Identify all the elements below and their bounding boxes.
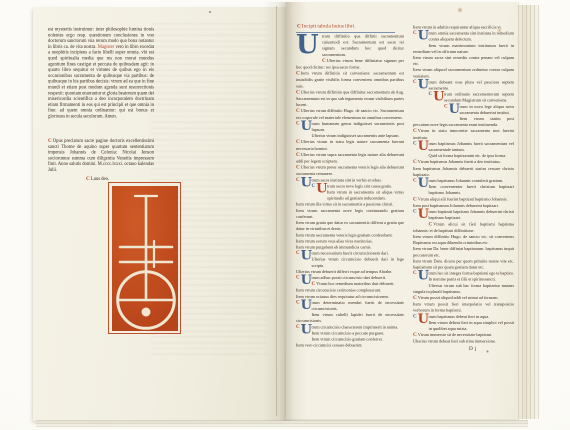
tabula-entry: Ulterius vtrum sub hac forma baptizetur …: [413, 282, 514, 294]
colophon-paragraph: COpus preclarum sacre pagine doctoris ex…: [48, 138, 154, 173]
lombard-initial: U: [418, 28, 429, 43]
entry-initial-block: CU: [296, 177, 311, 190]
entry-text: Item vtrum debeat fieri in aqua simplici…: [429, 320, 515, 331]
tabula-entry: Item vtrum statim post peccatum nove leg…: [413, 116, 514, 128]
entry-text: Item vtrum circumcisio cerimonias comple…: [296, 288, 381, 293]
lombard-initial: U: [418, 138, 429, 153]
entry-initial-block: CU: [413, 79, 428, 92]
entry-text: Item vtrum diffinitio sit conveniens: sa…: [296, 71, 404, 89]
tabula-entry: CUlterius vtrum supra sacramenta legis n…: [296, 151, 404, 164]
lombard-initial: U: [301, 297, 312, 312]
tabula-entry: Item baptismus Johannis debuerit statim …: [413, 165, 514, 177]
fore-edge-page-stack: [518, 5, 541, 419]
tabula-entry: CUlterius vtrum in statu legis nature sa…: [296, 139, 404, 152]
left-page: est mysteriis instruimur: inter philosop…: [33, 7, 286, 421]
heading-text: Incipit tabula huius libri.: [302, 23, 356, 29]
entry-initial-block: CU: [413, 313, 428, 326]
tabula-entry: CUtrum ordinatio sacramentorum septem se…: [413, 91, 514, 103]
entry-text: Item vtrum octauus dies requiratur ad ci…: [296, 294, 389, 299]
tabula-entry: Item vtrum gratia que datur ex sacrament…: [296, 220, 404, 232]
entry-text: trum baptizati baptismo Johannis debueri…: [429, 209, 515, 220]
tabula-entry: Item vtrum sacramenta nove legis continu…: [296, 207, 404, 219]
tabula-entry: Ulterius vtrum debeat fieri sub trina im…: [413, 338, 514, 344]
entry-text: trum determinatio membri fuerit de neces…: [312, 300, 405, 311]
entry-initial-block: CU: [413, 140, 428, 153]
entry-text: Item vtrum cultelli lapidei fuerit de ne…: [296, 312, 404, 323]
entry-text: Item vtrum in sacramentis sit aliqua vir…: [327, 190, 404, 201]
tabula-entry: Item vtrum cultelli lapidei fuerit de ne…: [296, 312, 404, 324]
entry-text: Item vtrum possit fieri interpolatio vel…: [413, 302, 514, 313]
entry-text: Item baptismus Johannis debuerit statim …: [413, 166, 514, 177]
tabula-entry: CUlterius vtrum diffinitio qua diffinitu…: [296, 89, 404, 108]
entry-text: Vtrum possit aliquid addi vel minui ad f…: [418, 295, 499, 300]
entry-text: trum debeant esse plura vel pauciora sep…: [429, 79, 515, 90]
tabula-entry: CVtrum baptismus Johannis fuerit a deo i…: [413, 159, 514, 166]
entry-text: trum necessarium fuerit circumcisionem d…: [312, 251, 389, 256]
right-page: CIncipit tabula huius libri. Utrum diffi…: [286, 2, 519, 419]
entry-text: Ulterius vtrum sub hac forma baptizetur …: [413, 283, 514, 294]
entry-text: Item vtrum Dam. dicens per quem primitie…: [413, 258, 514, 269]
tabula-entry: CUtrum in nova lege aliqua nova sacramen…: [413, 103, 514, 115]
entry-text: Ulterius vtrum circumcisio debuerit dari…: [312, 257, 405, 268]
entry-text: trum ordinatio sacramentorum septem secu…: [444, 92, 514, 103]
entry-text: trum baptismus debeat fieri in aqua.: [429, 314, 490, 319]
entry-initial-block: U: [296, 33, 321, 58]
entry-text: Vtrum immersio sit de necessitate baptis…: [418, 332, 492, 337]
entry-initial-block: CU: [429, 91, 444, 104]
entry-text: Ulterius vtrum indiguisset sacramentis a…: [312, 133, 400, 138]
lombard-initial: U: [301, 118, 312, 133]
lombard-initial: U: [418, 207, 429, 222]
entry-initial-block: CU: [413, 30, 428, 43]
tabula-column-2: Item vtrum in adultis requirantur aliqua…: [413, 24, 514, 344]
entry-text: trum diffinitio qua diffinit sacramentum…: [322, 34, 404, 57]
lombard-initial: U: [418, 77, 429, 92]
tabula-column-2-entries: Item vtrum in adultis requirantur aliqua…: [413, 24, 514, 344]
tabula-entry: Item vtrum matrimonium institutum fuerit…: [413, 42, 514, 54]
entry-text: Ulterius vtrum debeat fieri sub trina im…: [413, 339, 496, 344]
entry-initial-block: CU: [296, 274, 311, 287]
entry-text: Ulterius vtrum preter sacramenta veteris…: [296, 165, 404, 177]
entry-text: trum hec sit integra forma baptismi ego …: [429, 271, 515, 282]
tabula-entry: CUlterius vtrum preter sacramenta veteri…: [296, 164, 404, 177]
tabula-entry: CVtrum alicui sit fieri baptismi baptism…: [413, 221, 514, 234]
entry-text: Item vtrum purgabant ab immundicia carni…: [296, 244, 372, 249]
entry-text: Vtrum hoc remedium maioribus dari debuer…: [316, 281, 394, 286]
bottom-page-edges: [36, 420, 528, 428]
entry-initial-block: CU: [413, 270, 428, 283]
lombard-initial: U: [418, 176, 429, 191]
tabula-entry: CUtrum humanum genus indiguisset sacrame…: [296, 120, 404, 132]
entry-text: trum humanum genus indiguisset sacrament…: [312, 121, 405, 132]
entry-text: Item convenienter fuerit christum baptiz…: [429, 184, 515, 195]
tabula-entry: Ulterius vtrum circumcisio debuerit dari…: [296, 256, 404, 268]
tabula-entry: Item vtrum possit fieri interpolatio vel…: [413, 301, 514, 313]
entry-text: Item vtrum sacramenta veteris legis grat…: [296, 232, 393, 237]
entry-text: Item vtrum aliquod sacramentum ordinetur…: [413, 67, 514, 78]
laus-deo-text: Laus deo.: [91, 176, 109, 182]
entry-text: Item vtrum gratia que datur ex sacrament…: [296, 220, 404, 231]
tabula-entry: Item vtrum sacramenta veteris legis grat…: [296, 232, 404, 238]
entry-initial-block: CU: [312, 183, 327, 196]
lombard-initial: U: [301, 175, 312, 190]
tabula-entry: Utrum diffinitio qua diffinit sacramentu…: [296, 33, 404, 57]
entry-initial-block: CU: [296, 250, 311, 263]
tabula-entry: Item vtrum Dam. dicens per quem primitie…: [413, 258, 514, 270]
entry-text: trum baptismus Johannis fuerit sacrament…: [429, 141, 515, 152]
entry-text: Item vtrum in adultis requirantur aliqua…: [413, 25, 502, 30]
entry-initial-block: CU: [444, 103, 459, 116]
entry-text: trum circumcisio characterem imprimerit …: [312, 324, 399, 329]
lombard-initial: U: [418, 268, 429, 283]
entry-text: Vtrum baptismus Johannis fuerit a deo in…: [418, 159, 501, 164]
tabula-entry: CUtrum baptizati baptismo Johannis debue…: [413, 209, 514, 221]
colophon: COpus preclarum sacre pagine doctoris ex…: [48, 138, 154, 175]
entry-text: Ulterius vtrum bene diffiniatur signum p…: [296, 58, 404, 70]
entry-text: Item vtrum sacra sint remedia contra pen…: [413, 55, 514, 66]
tabula-entry: CUlterius vtrum diffinitio Hugo. de sanc…: [296, 108, 404, 121]
entry-initial-block: CU: [296, 299, 311, 312]
tabula-entry: CUtrum debeant esse plura vel pauciora s…: [413, 79, 514, 91]
entry-text: Ulterius vtrum supra sacramenta legis na…: [296, 152, 404, 164]
entry-text: Ulterius vtrum in statu legis nature sac…: [296, 139, 404, 151]
tabula-entry: Item vtrum sacra sint remedia contra pen…: [413, 55, 514, 67]
entry-text: Ulterius vtrum debuerit differri vsque a…: [296, 269, 392, 274]
entry-text: trum adhuc possit circumcisio dari debue…: [312, 275, 387, 280]
lombard-initial: U: [316, 181, 327, 196]
tabula-entry: Item convenienter fuerit christum baptiz…: [413, 184, 514, 196]
entry-text: Item vtrum Da. bene diffiniat baptismum.…: [413, 246, 514, 257]
entry-text: Item vtrum circumcisio a peccato purgare…: [312, 330, 385, 335]
entry-initial-block: CU: [413, 178, 428, 191]
entry-text: trum sacra instituta sint in verbis et r…: [312, 177, 382, 182]
left-page-paragraph: est mysteriis instruimur: inter philosop…: [48, 27, 154, 120]
tabula-entry: Item vtrum diffinitio Hugo. de sancto vi…: [413, 233, 514, 245]
entry-text: Item vero circumcisi cessare debuerint.: [296, 343, 363, 348]
paper-fleck: [209, 11, 211, 13]
entry-text: trum in nova lege aliqua nova sacramenta…: [460, 104, 515, 115]
tabula-entry: Item vero circumcisi cessare debuerint.: [296, 342, 404, 348]
entry-text: Vtrum aliqui alii fuerint baptizati bapt…: [418, 196, 508, 201]
incunable-book-spread-photo: est mysteriis instruimur: inter philosop…: [0, 0, 570, 430]
lombard-initial: U: [418, 311, 429, 326]
tabula-entry: CVtrum aliqui alii fuerint baptizati bap…: [413, 196, 514, 203]
text-post: vero in libro excedat a neophitis incipi…: [48, 44, 154, 119]
quire-signature-mark: D j: [469, 346, 509, 355]
entry-text: Item vtrum statim post peccatum nove leg…: [413, 116, 514, 127]
entry-text: Quid sit forma baptizamini etc. de ipsa …: [429, 153, 507, 158]
entry-initial-block: CU: [413, 209, 428, 222]
tabula-entry: CUtrum determinatio membri fuerit de nec…: [296, 299, 404, 311]
entry-text: Item vtrum sacramenta nove legis continu…: [296, 208, 404, 219]
entry-text: Ulterius vtrum diffinitio qua diffinitur…: [296, 89, 404, 107]
lombard-initial: U: [433, 89, 444, 104]
entry-text: Item vtrum illa virtus sit in sacramenti…: [296, 202, 393, 207]
lombard-initial: U: [301, 248, 312, 263]
orb-and-cross-mark-icon: [112, 186, 178, 331]
tabula-entry: Item vtrum illa virtus sit in sacramenti…: [296, 201, 404, 207]
tabula-entry: CUtrum omnia sacramenta sint instituta i…: [413, 30, 514, 42]
tabula-entry: Item vtrum Da. bene diffiniat baptismum.…: [413, 246, 514, 258]
tabula-entry: Item vtrum octauus dies requiratur ad ci…: [296, 293, 404, 299]
jenson-printers-device: [108, 182, 181, 334]
tabula-column-1: Utrum diffinitio qua diffinit sacramentu…: [296, 33, 404, 348]
tabula-entry: CUtrum baptismus Johannis fuerit sacrame…: [413, 140, 514, 152]
entry-text: trum omnia sacramenta sint instituta in …: [429, 31, 515, 42]
tabula-entry: CUtrum circumcisio characterem imprimeri…: [296, 324, 404, 330]
entry-text: Item vtrum circumcisio gratiam conferret…: [312, 336, 383, 341]
left-page-text-block: est mysteriis instruimur: inter philosop…: [48, 27, 154, 134]
device-dot: [141, 307, 150, 316]
entry-text: Item vtrum eorum vsus alias vires merito…: [296, 238, 373, 243]
tabula-entry: CItem vtrum diffinitio sit conveniens: s…: [296, 70, 404, 89]
entry-initial-block: CU: [296, 324, 311, 337]
lombard-initial: U: [296, 33, 319, 60]
lombard-initial: U: [449, 101, 460, 116]
colophon-text: Opus preclarum sacre pagine doctoris exc…: [48, 139, 154, 173]
entry-text: trum baptismus Johannis contulerit grati…: [429, 178, 504, 183]
entry-text: Item vtrum matrimonium institutum fuerit…: [413, 43, 514, 54]
tabula-entry: Item vtrum debeat fieri in aqua simplici…: [413, 319, 514, 331]
signature-text: D j: [469, 346, 509, 352]
tabula-entry: Item vtrum aliquod sacramentum ordinetur…: [413, 67, 514, 79]
entry-text: Item post baptismum Johannis debuerint b…: [413, 203, 499, 208]
rubricated-word: Magister: [98, 44, 115, 49]
lombard-initial: U: [301, 272, 312, 287]
tabula-column-1-entries: Utrum diffinitio qua diffinit sacramentu…: [296, 33, 404, 348]
tabula-entry: CUtrum hec sit integra forma baptismi eg…: [413, 270, 514, 282]
printers-device-block: [112, 186, 178, 331]
foxing-spot: [457, 7, 463, 13]
entry-text: Ulterius vtrum diffinitio Hugo. de sanct…: [296, 108, 404, 120]
entry-text: Item vtrum diffinitio Hugo. de sancto vi…: [413, 234, 514, 245]
entry-initial-block: CU: [296, 120, 311, 133]
lombard-initial: U: [301, 322, 312, 337]
entry-text: trum sacra nove legis sint causa gratie.: [327, 183, 392, 188]
